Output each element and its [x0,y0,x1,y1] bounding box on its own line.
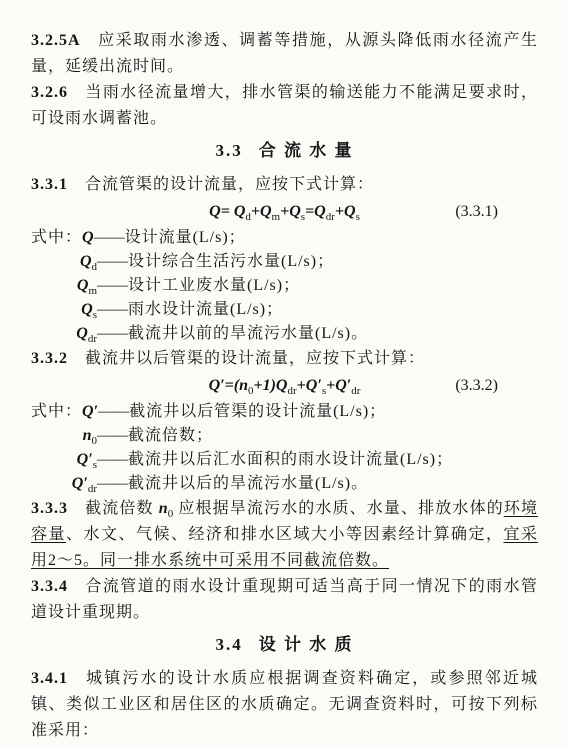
equation-number: (3.3.1) [455,198,498,226]
clause-number: 3.2.6 [31,84,68,101]
section-title: 合 流 水 量 [259,141,354,160]
clause-3-3-2: 3.3.2截流井以后管渠的设计流量，应按下式计算： [31,346,538,372]
clause-text: 合流管渠的设计流量，应按下式计算： [85,176,374,193]
symbol: Q [82,226,94,250]
symbol: Qd [31,250,97,274]
clause-text: 截流倍数 [85,500,159,517]
dash: —— [97,424,127,448]
section-heading-3-4: 3.4设 计 水 质 [31,632,538,658]
clause-text: 应采取雨水渗透、调蓄等措施，从源头降低雨水径流产生量，延缓出流时间。 [31,32,538,75]
symbol: Qs [31,298,97,322]
definition: 截流井以前的旱流污水量(L/s)。 [128,322,538,346]
equation-body: Q′=(n0+1)Qdr+Q′s+Q′dr [209,377,361,394]
symbol-definition: Qd——设计综合生活污水量(L/s)； [31,250,538,274]
clause-3-3-3: 3.3.3截流倍数 n0 应根据旱流污水的水质、水量、排放水体的环境容量、水文、… [31,496,538,574]
symbol: Q′s [31,448,97,472]
symbol: Q′ [82,400,98,424]
dash: —— [98,400,128,424]
symbol: n [159,500,168,517]
dash: —— [97,274,127,298]
definition: 设计流量(L/s)； [125,226,538,250]
section-heading-3-3: 3.3合 流 水 量 [31,138,538,164]
equation-body: Q= Qd+Qm+Qs=Qdr+Qs [209,203,360,220]
clause-number: 3.3.1 [31,176,68,193]
where-lead: 式中： [31,400,82,424]
equation-number: (3.3.2) [455,372,498,400]
symbol-definition: Qdr——截流井以前的旱流污水量(L/s)。 [31,322,538,346]
symbol-definition: Q′s——截流井以后汇水面积的雨水设计流量(L/s)； [31,448,538,472]
symbol: n0 [31,424,97,448]
dash: —— [97,472,127,496]
definition: 雨水设计流量(L/s)； [128,298,538,322]
clause-text: 当雨水径流量增大，排水管渠的输送能力不能满足要求时，可设雨水调蓄池。 [31,84,538,127]
clause-3-3-4: 3.3.4合流管道的雨水设计重现期可适当高于同一情况下的雨水管道设计重现期。 [31,574,538,626]
symbol-definition: 式中：Q′——截流井以后管渠的设计流量(L/s)； [31,400,538,424]
dash: —— [97,322,127,346]
definition: 截流井以后管渠的设计流量(L/s)； [129,400,538,424]
dash: —— [97,448,127,472]
clause-text: 城镇污水的设计水质应根据调查资料确定，或参照邻近城镇、类似工业区和居住区的水质确… [31,670,538,739]
section-title: 设 计 水 质 [259,635,354,654]
dash: —— [94,226,124,250]
clause-number: 3.2.5A [31,32,81,49]
document-page: 3.2.5A应采取雨水渗透、调蓄等措施，从源头降低雨水径流产生量，延缓出流时间。… [0,0,568,744]
clause-text: 、水文、气候、经济和排水区域大小等因素经计算确定， [66,526,503,543]
where-lead: 式中： [31,226,82,250]
symbol-definition: Qm——设计工业废水量(L/s)； [31,274,538,298]
section-number: 3.3 [216,141,243,160]
dash: —— [97,250,127,274]
symbol: Qm [31,274,97,298]
dash: —— [97,298,127,322]
symbol-list-3-3-1: 式中：Q——设计流量(L/s)； Qd——设计综合生活污水量(L/s)； Qm—… [31,226,538,346]
symbol: Q′dr [31,472,97,496]
definition: 设计工业废水量(L/s)； [128,274,538,298]
formula-3-3-2: Q′=(n0+1)Qdr+Q′s+Q′dr (3.3.2) [31,372,538,400]
section-number: 3.4 [216,635,243,654]
symbol-definition: Qs——雨水设计流量(L/s)； [31,298,538,322]
clause-text: 应根据旱流污水的水质、水量、排放水体的 [173,500,504,517]
clause-number: 3.4.1 [31,670,68,687]
symbol: Qdr [31,322,97,346]
symbol-definition: n0——截流倍数； [31,424,538,448]
definition: 截流倍数； [128,424,538,448]
clause-text: 合流管道的雨水设计重现期可适当高于同一情况下的雨水管道设计重现期。 [31,578,538,621]
definition: 设计综合生活污水量(L/s)； [128,250,538,274]
formula-3-3-1: Q= Qd+Qm+Qs=Qdr+Qs (3.3.1) [31,198,538,226]
clause-3-2-6: 3.2.6当雨水径流量增大，排水管渠的输送能力不能满足要求时，可设雨水调蓄池。 [31,80,538,132]
clause-3-3-1: 3.3.1合流管渠的设计流量，应按下式计算： [31,172,538,198]
clause-number: 3.3.2 [31,350,68,367]
clause-text: 截流井以后管渠的设计流量，应按下式计算： [85,350,425,367]
symbol-definition: 式中：Q——设计流量(L/s)； [31,226,538,250]
clause-number: 3.3.4 [31,578,68,595]
definition: 截流井以后汇水面积的雨水设计流量(L/s)； [128,448,538,472]
clause-number: 3.3.3 [31,500,68,517]
definition: 截流井以后的旱流污水量(L/s)。 [128,472,538,496]
symbol-list-3-3-2: 式中：Q′——截流井以后管渠的设计流量(L/s)； n0——截流倍数； Q′s—… [31,400,538,496]
clause-3-4-1: 3.4.1城镇污水的设计水质应根据调查资料确定，或参照邻近城镇、类似工业区和居住… [31,666,538,744]
clause-3-2-5A: 3.2.5A应采取雨水渗透、调蓄等措施，从源头降低雨水径流产生量，延缓出流时间。 [31,28,538,80]
symbol-definition: Q′dr——截流井以后的旱流污水量(L/s)。 [31,472,538,496]
